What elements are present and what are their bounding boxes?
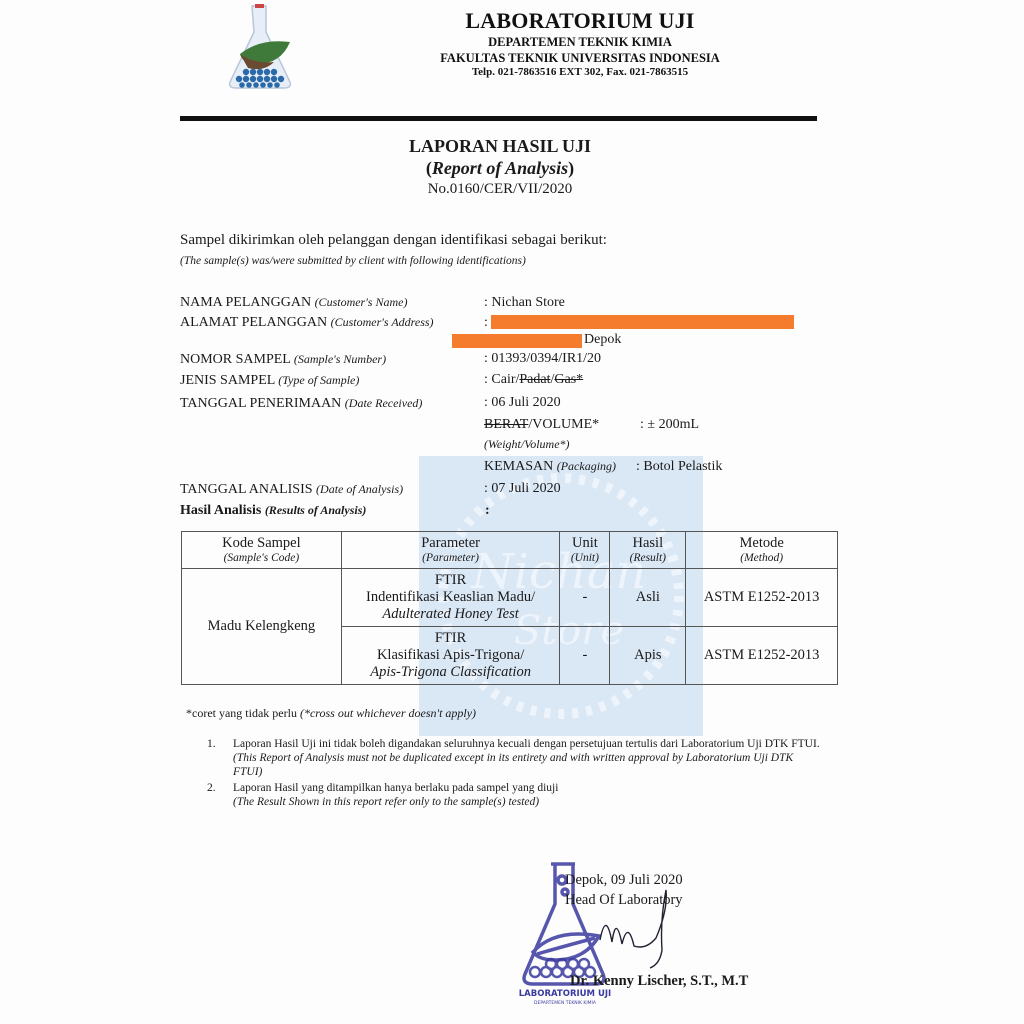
lab-contact: Telp. 021-7863516 EXT 302, Fax. 021-7863… bbox=[400, 66, 760, 78]
sample-number-label: NOMOR SAMPEL (Sample's Number) bbox=[180, 352, 386, 368]
list-item: 2.Laporan Hasil yang ditampilkan hanya b… bbox=[207, 781, 827, 809]
date-analysis-label: TANGGAL ANALISIS (Date of Analysis) bbox=[180, 482, 403, 498]
packaging-value: : Botol Pelastik bbox=[636, 459, 722, 475]
report-number: No.0160/CER/VII/2020 bbox=[300, 181, 700, 198]
header-method: Metode(Method) bbox=[686, 532, 838, 569]
header-unit: Unit(Unit) bbox=[560, 532, 610, 569]
weight-volume-value: : ± 200mL bbox=[640, 417, 699, 433]
sample-type-value: : Cair/Padat/Gas* bbox=[484, 372, 583, 388]
address-redaction-line2 bbox=[452, 334, 582, 348]
lab-faculty: FAKULTAS TEKNIK UNIVERSITAS INDONESIA bbox=[400, 51, 760, 66]
signature-role: Head Of Laboratory bbox=[565, 892, 683, 909]
report-title: LAPORAN HASIL UJI bbox=[300, 136, 700, 157]
sample-number-value: : 01393/0394/IR1/20 bbox=[484, 351, 601, 367]
customer-name-label: NAMA PELANGGAN (Customer's Name) bbox=[180, 295, 407, 311]
customer-address-city: Depok bbox=[584, 332, 621, 348]
result-cell: Apis bbox=[610, 627, 686, 685]
list-item: 1.Laporan Hasil Uji ini tidak boleh diga… bbox=[207, 737, 827, 779]
signature-place-date: Depok, 09 Juli 2020 bbox=[565, 872, 683, 889]
date-analysis-value: : 07 Juli 2020 bbox=[484, 481, 561, 497]
date-received-label: TANGGAL PENERIMAAN (Date Received) bbox=[180, 396, 422, 412]
lab-title: LABORATORIUM UJI bbox=[400, 8, 760, 34]
date-received-value: : 06 Juli 2020 bbox=[484, 395, 561, 411]
signatory-name: Dr. Kenny Lischer, S.T., M.T bbox=[570, 973, 748, 990]
results-colon: : bbox=[485, 503, 490, 519]
sample-code-cell: Madu Kelengkeng bbox=[182, 569, 342, 685]
notes-list: 1.Laporan Hasil Uji ini tidak boleh diga… bbox=[207, 737, 827, 811]
intro-text-en: (The sample(s) was/were submitted by cli… bbox=[180, 255, 526, 267]
packaging-label: KEMASAN (Packaging) bbox=[484, 459, 616, 475]
table-header-row: Kode Sampel(Sample's Code) Parameter(Par… bbox=[182, 532, 838, 569]
header-parameter: Parameter(Parameter) bbox=[341, 532, 560, 569]
unit-cell: - bbox=[560, 569, 610, 627]
header-result: Hasil(Result) bbox=[610, 532, 686, 569]
report-subtitle: (Report of Analysis) bbox=[300, 158, 700, 179]
footnote: *coret yang tidak perlu (*cross out whic… bbox=[186, 706, 476, 721]
lab-department: DEPARTEMEN TEKNIK KIMIA bbox=[400, 35, 760, 50]
intro-text: Sampel dikirimkan oleh pelanggan dengan … bbox=[180, 232, 607, 249]
parameter-cell: FTIRKlasifikasi Apis-Trigona/Apis-Trigon… bbox=[341, 627, 560, 685]
sample-type-label: JENIS SAMPEL (Type of Sample) bbox=[180, 373, 359, 389]
parameter-cell: FTIRIndentifikasi Keaslian Madu/Adultera… bbox=[341, 569, 560, 627]
results-table: Kode Sampel(Sample's Code) Parameter(Par… bbox=[181, 531, 838, 685]
customer-address-label: ALAMAT PELANGGAN (Customer's Address) bbox=[180, 315, 434, 331]
svg-text:LABORATORIUM UJI: LABORATORIUM UJI bbox=[519, 989, 611, 999]
unit-cell: - bbox=[560, 627, 610, 685]
results-heading: Hasil Analisis (Results of Analysis) bbox=[180, 503, 366, 519]
address-redaction-line1 bbox=[491, 315, 794, 329]
svg-text:DEPARTEMEN TEKNIK KIMIA: DEPARTEMEN TEKNIK KIMIA bbox=[534, 1000, 597, 1006]
weight-volume-label-en: (Weight/Volume*) bbox=[484, 437, 570, 452]
weight-volume-label: BERAT/VOLUME* bbox=[484, 417, 599, 433]
header-divider bbox=[180, 116, 817, 121]
result-cell: Asli bbox=[610, 569, 686, 627]
customer-address-prefix: : bbox=[484, 315, 488, 331]
method-cell: ASTM E1252-2013 bbox=[686, 569, 838, 627]
customer-name-value: : Nichan Store bbox=[484, 295, 565, 311]
table-row: Madu Kelengkeng FTIRIndentifikasi Keasli… bbox=[182, 569, 838, 627]
lab-logo-icon bbox=[224, 2, 296, 90]
header-sample-code: Kode Sampel(Sample's Code) bbox=[182, 532, 342, 569]
method-cell: ASTM E1252-2013 bbox=[686, 627, 838, 685]
